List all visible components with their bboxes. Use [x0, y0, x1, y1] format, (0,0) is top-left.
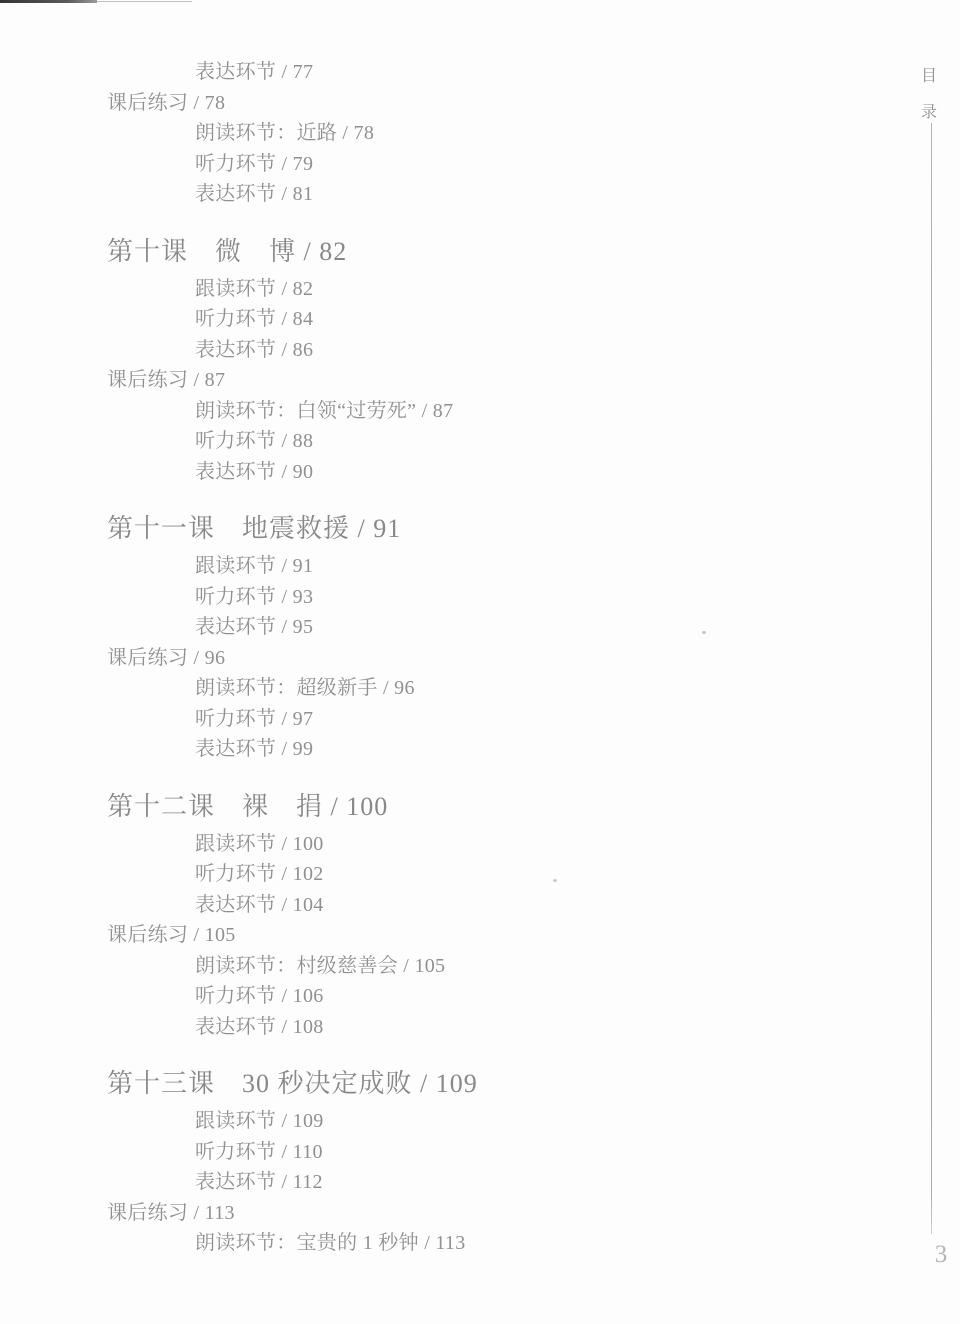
scan-artifact-dark [0, 0, 97, 3]
toc-lesson-heading: 第十课 微 博 / 82 [107, 234, 900, 270]
toc-entry: 跟读环节 / 109 [195, 1106, 900, 1137]
margin-rule-line [931, 123, 932, 1234]
toc-entry: 听力环节 / 93 [195, 582, 900, 613]
toc-entry: 课后练习 / 78 [107, 88, 900, 119]
scan-artifact-light [97, 1, 192, 2]
toc-section: 第十三课 30 秒决定成败 / 109 跟读环节 / 109 听力环节 / 11… [0, 1066, 900, 1259]
toc-entry: 听力环节 / 110 [195, 1137, 900, 1168]
toc-entry: 表达环节 / 99 [195, 734, 900, 765]
toc-entry: 朗读环节：近路 / 78 [195, 118, 900, 149]
toc-entry: 朗读环节：宝贵的 1 秒钟 / 113 [195, 1228, 900, 1259]
toc-lesson-heading: 第十一课 地震救援 / 91 [107, 511, 900, 547]
toc-entry: 课后练习 / 96 [107, 643, 900, 674]
toc-entry: 表达环节 / 108 [195, 1012, 900, 1043]
corner-label-mulu: 目 录 [918, 63, 940, 122]
toc-content: 表达环节 / 77 课后练习 / 78 朗读环节：近路 / 78 听力环节 / … [0, 57, 900, 1259]
toc-lesson-heading: 第十二课 裸 捐 / 100 [107, 789, 900, 825]
toc-entry: 跟读环节 / 91 [195, 551, 900, 582]
scanned-toc-page: 目 录 表达环节 / 77 课后练习 / 78 朗读环节：近路 / 78 听力环… [0, 0, 960, 1324]
toc-entry: 听力环节 / 79 [195, 149, 900, 180]
toc-section: 第十一课 地震救援 / 91 跟读环节 / 91 听力环节 / 93 表达环节 … [0, 511, 900, 765]
corner-label-char: 录 [921, 99, 937, 122]
toc-entry: 表达环节 / 90 [195, 457, 900, 488]
toc-entry: 课后练习 / 113 [107, 1198, 900, 1229]
toc-entry: 课后练习 / 87 [107, 365, 900, 396]
toc-entry: 听力环节 / 97 [195, 704, 900, 735]
page-number: 3 [928, 1241, 954, 1269]
toc-entry: 跟读环节 / 100 [195, 829, 900, 860]
toc-entry: 听力环节 / 88 [195, 426, 900, 457]
toc-entry: 朗读环节：超级新手 / 96 [195, 673, 900, 704]
toc-section: 第十二课 裸 捐 / 100 跟读环节 / 100 听力环节 / 102 表达环… [0, 789, 900, 1043]
toc-entry: 表达环节 / 95 [195, 612, 900, 643]
toc-entry: 听力环节 / 102 [195, 859, 900, 890]
toc-entry: 表达环节 / 112 [195, 1167, 900, 1198]
toc-entry: 朗读环节：村级慈善会 / 105 [195, 951, 900, 982]
toc-entry: 表达环节 / 86 [195, 335, 900, 366]
toc-entry: 跟读环节 / 82 [195, 274, 900, 305]
toc-lesson-heading: 第十三课 30 秒决定成败 / 109 [107, 1066, 900, 1102]
toc-entry: 表达环节 / 104 [195, 890, 900, 921]
toc-entry: 课后练习 / 105 [107, 920, 900, 951]
toc-section: 表达环节 / 77 课后练习 / 78 朗读环节：近路 / 78 听力环节 / … [0, 57, 900, 210]
toc-entry: 表达环节 / 77 [195, 57, 900, 88]
toc-entry: 听力环节 / 84 [195, 304, 900, 335]
toc-entry: 朗读环节：白领“过劳死” / 87 [195, 396, 900, 427]
toc-entry: 表达环节 / 81 [195, 179, 900, 210]
toc-section: 第十课 微 博 / 82 跟读环节 / 82 听力环节 / 84 表达环节 / … [0, 234, 900, 488]
toc-entry: 听力环节 / 106 [195, 981, 900, 1012]
corner-label-char: 目 [921, 63, 937, 86]
